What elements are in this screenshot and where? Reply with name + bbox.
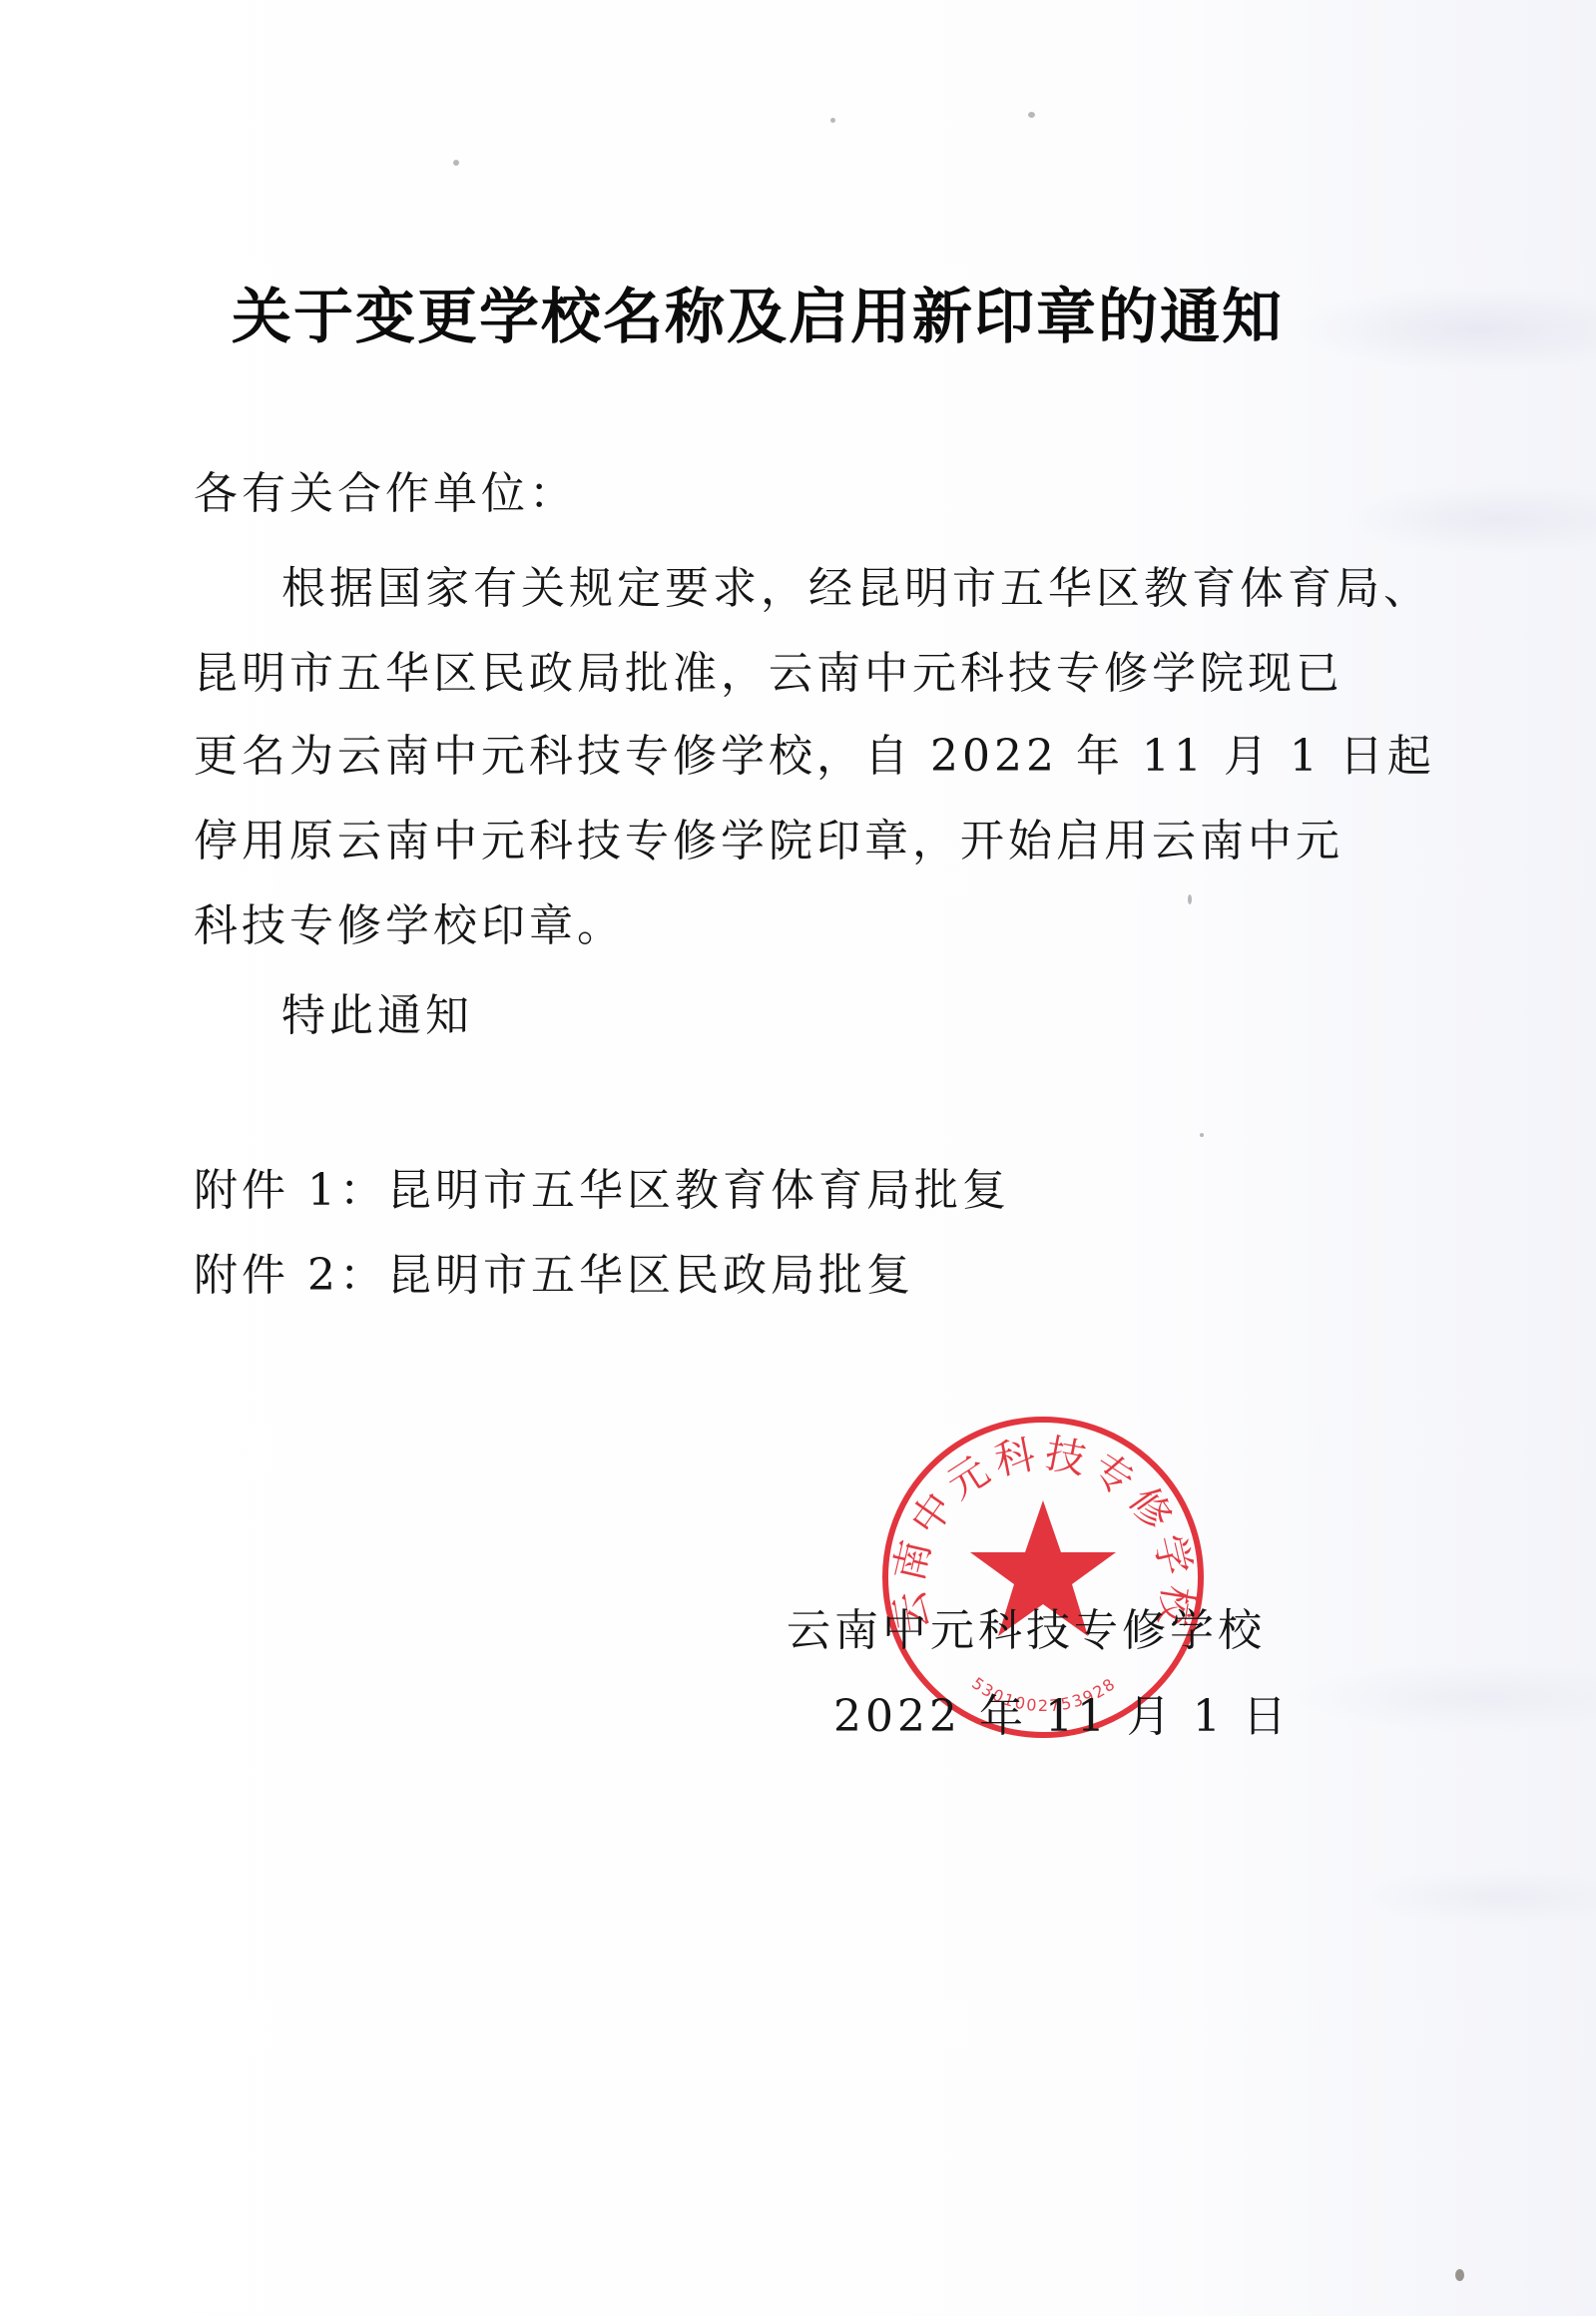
scan-speck — [830, 118, 835, 123]
body-line: 根据国家有关规定要求，经昆明市五华区教育体育局、 — [281, 559, 1431, 619]
document-title: 关于变更学校名称及启用新印章的通知 — [232, 278, 1369, 357]
scan-speck — [1200, 1133, 1204, 1137]
salutation: 各有关合作单位： — [194, 464, 577, 524]
scanned-page: 关于变更学校名称及启用新印章的通知 各有关合作单位： 根据国家有关规定要求，经昆… — [0, 0, 1596, 2316]
scan-speck — [453, 160, 459, 166]
closing-phrase: 特此通知 — [281, 986, 473, 1046]
attachment-item: 附件 2：昆明市五华区民政局批复 — [194, 1246, 914, 1306]
signature-organization: 云南中元科技专修学校 — [787, 1601, 1266, 1661]
attachment-item: 附件 1：昆明市五华区教育体育局批复 — [194, 1161, 1010, 1221]
body-line: 科技专修学校印章。 — [194, 896, 625, 956]
scan-speck — [1455, 2269, 1464, 2281]
body-line: 停用原云南中元科技专修学院印章，开始启用云南中元 — [194, 812, 1343, 871]
scan-speck — [1028, 112, 1035, 118]
body-line: 更名为云南中元科技专修学校，自 2022 年 11 月 1 日起 — [194, 727, 1435, 787]
body-line: 昆明市五华区民政局批准，云南中元科技专修学院现已 — [194, 644, 1343, 704]
scan-speck — [1188, 894, 1192, 904]
signature-date: 2022 年 11 月 1 日 — [833, 1687, 1291, 1747]
